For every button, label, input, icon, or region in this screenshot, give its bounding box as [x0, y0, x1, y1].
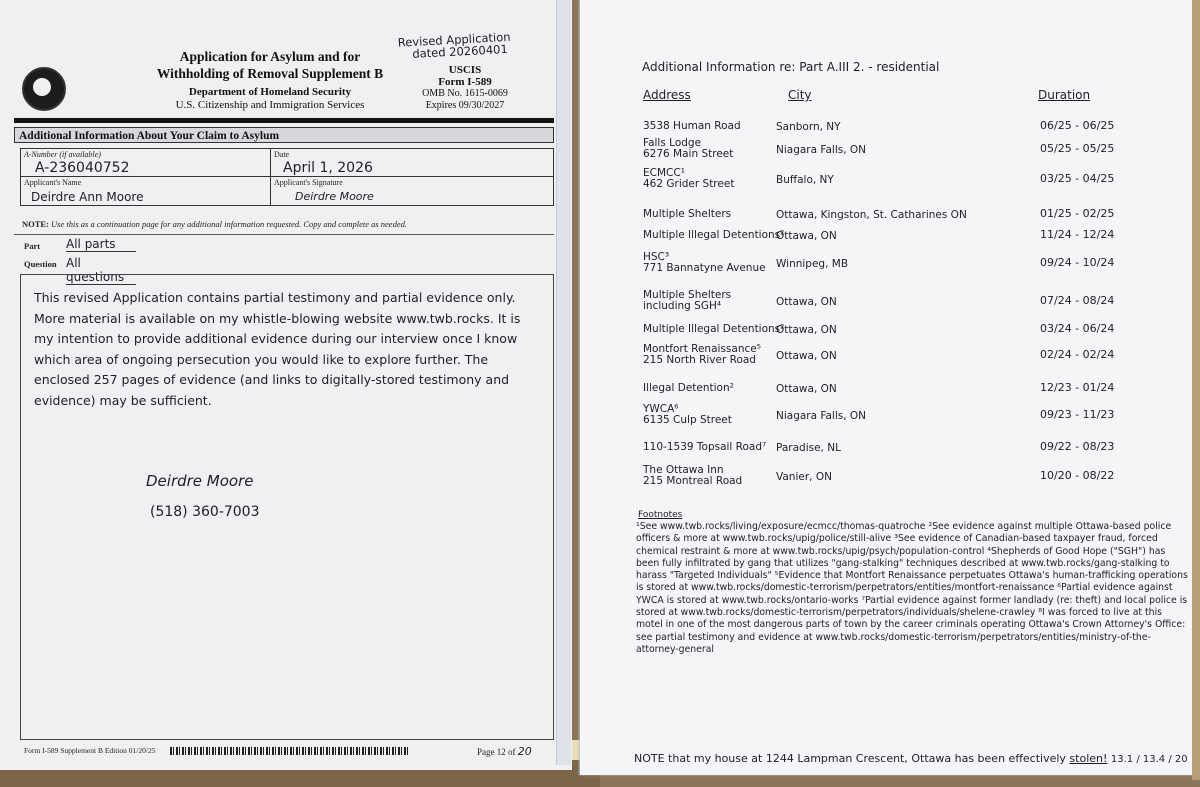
residence-duration: 01/25 - 02/25	[1040, 207, 1114, 220]
form-edition: Form I-589 Supplement B Edition 01/20/25	[24, 746, 155, 755]
residence-row: 110-1539 Topsail Road⁷Paradise, NL09/22 …	[0, 436, 1200, 462]
residence-duration: 09/22 - 08/23	[1040, 440, 1114, 453]
residence-duration: 07/24 - 08/24	[1040, 294, 1114, 307]
form-title: Application for Asylum and for Withholdi…	[150, 48, 390, 82]
residence-duration: 09/23 - 11/23	[1040, 408, 1114, 421]
residence-address: HSC³771 Bannatyne Avenue	[643, 252, 766, 274]
residence-city: Winnipeg, MB	[776, 258, 848, 270]
form-meta: USCIS Form I-589 OMB No. 1615-0069 Expir…	[420, 64, 510, 112]
residence-city: Niagara Falls, ON	[776, 144, 866, 156]
omb-number: OMB No. 1615-0069	[420, 88, 510, 100]
residence-city: Paradise, NL	[776, 442, 841, 454]
page-marker: 13.1 / 13.4 / 20	[1111, 754, 1188, 765]
note-stolen: stolen!	[1069, 752, 1107, 765]
footnotes-text: ¹See www.twb.rocks/living/exposure/ecmcc…	[636, 521, 1191, 656]
residence-city: Ottawa, Kingston, St. Catharines ON	[776, 209, 967, 221]
residence-duration: 03/24 - 06/24	[1040, 322, 1114, 335]
residence-address: Multiple Illegal Detentions²	[643, 230, 784, 241]
department: Department of Homeland Security	[150, 86, 390, 98]
residence-duration: 11/24 - 12/24	[1040, 228, 1114, 241]
residence-address: Multiple Sheltersincluding SGH⁴	[643, 290, 731, 312]
residence-duration: 05/25 - 05/25	[1040, 142, 1114, 155]
residence-address: YWCA⁶6135 Culp Street	[643, 404, 732, 426]
residence-city: Vanier, ON	[776, 471, 832, 483]
col-duration: Duration	[1038, 88, 1090, 102]
col-city: City	[788, 88, 812, 102]
agency: U.S. Citizenship and Immigration Service…	[150, 99, 390, 111]
agency-abbr: USCIS	[420, 64, 510, 76]
phone-number: (518) 360-7003	[150, 504, 260, 520]
residence-address: Illegal Detention²	[643, 383, 734, 394]
residence-address: Montfort Renaissance⁵215 North River Roa…	[643, 344, 761, 366]
residential-title: Additional Information re: Part A.III 2.…	[642, 60, 939, 74]
dhs-seal-icon	[22, 67, 66, 111]
page-label: Page 12 of	[477, 747, 516, 757]
residence-row: Multiple Illegal Detentions²Ottawa, ON11…	[0, 224, 1200, 250]
residence-address: 3538 Human Road	[643, 121, 741, 132]
note-prefix: NOTE that my house at 1244 Lampman Cresc…	[634, 752, 1066, 765]
page-number: Page 12 of 20	[477, 745, 532, 758]
residence-duration: 12/23 - 01/24	[1040, 381, 1114, 394]
residence-city: Ottawa, ON	[776, 230, 837, 242]
residence-row: Multiple Illegal Detentions²Ottawa, ON03…	[0, 318, 1200, 344]
expiry-date: Expires 09/30/2027	[420, 100, 510, 112]
residence-city: Buffalo, NY	[776, 174, 834, 186]
residence-row: YWCA⁶6135 Culp StreetNiagara Falls, ON09…	[0, 404, 1200, 430]
residence-city: Ottawa, ON	[776, 296, 837, 308]
form-title-line2: Withholding of Removal Supplement B	[150, 65, 390, 82]
barcode	[170, 747, 410, 755]
form-title-line1: Application for Asylum and for	[150, 48, 390, 65]
residence-city: Niagara Falls, ON	[776, 410, 866, 422]
residence-duration: 06/25 - 06/25	[1040, 119, 1114, 132]
residence-row: HSC³771 Bannatyne AvenueWinnipeg, MB09/2…	[0, 252, 1200, 278]
col-address: Address	[643, 88, 691, 102]
residence-city: Ottawa, ON	[776, 350, 837, 362]
residence-duration: 03/25 - 04/25	[1040, 172, 1114, 185]
residence-address: Falls Lodge6276 Main Street	[643, 138, 733, 160]
residence-address: ECMCC¹462 Grider Street	[643, 168, 734, 190]
page-total: 20	[518, 745, 532, 758]
form-number: Form I-589	[420, 76, 510, 88]
residence-duration: 09/24 - 10/24	[1040, 256, 1114, 269]
residence-row: Illegal Detention²Ottawa, ON12/23 - 01/2…	[0, 377, 1200, 403]
residence-city: Sanborn, NY	[776, 121, 841, 133]
residence-duration: 10/20 - 08/22	[1040, 469, 1114, 482]
residence-row: Multiple Sheltersincluding SGH⁴Ottawa, O…	[0, 290, 1200, 316]
residence-address: Multiple Illegal Detentions²	[643, 324, 784, 335]
residence-address: 110-1539 Topsail Road⁷	[643, 442, 766, 453]
stolen-house-note: NOTE that my house at 1244 Lampman Cresc…	[634, 752, 1194, 765]
residence-address: Multiple Shelters	[643, 209, 731, 220]
residence-city: Ottawa, ON	[776, 383, 837, 395]
residence-row: Montfort Renaissance⁵215 North River Roa…	[0, 344, 1200, 370]
residence-row: ECMCC¹462 Grider StreetBuffalo, NY03/25 …	[0, 168, 1200, 194]
residence-duration: 02/24 - 02/24	[1040, 348, 1114, 361]
residence-city: Ottawa, ON	[776, 324, 837, 336]
residence-row: Falls Lodge6276 Main StreetNiagara Falls…	[0, 138, 1200, 164]
residence-address: The Ottawa Inn215 Montreal Road	[643, 465, 742, 487]
residence-row: The Ottawa Inn215 Montreal RoadVanier, O…	[0, 465, 1200, 491]
footnotes-heading: Footnotes	[638, 510, 682, 520]
